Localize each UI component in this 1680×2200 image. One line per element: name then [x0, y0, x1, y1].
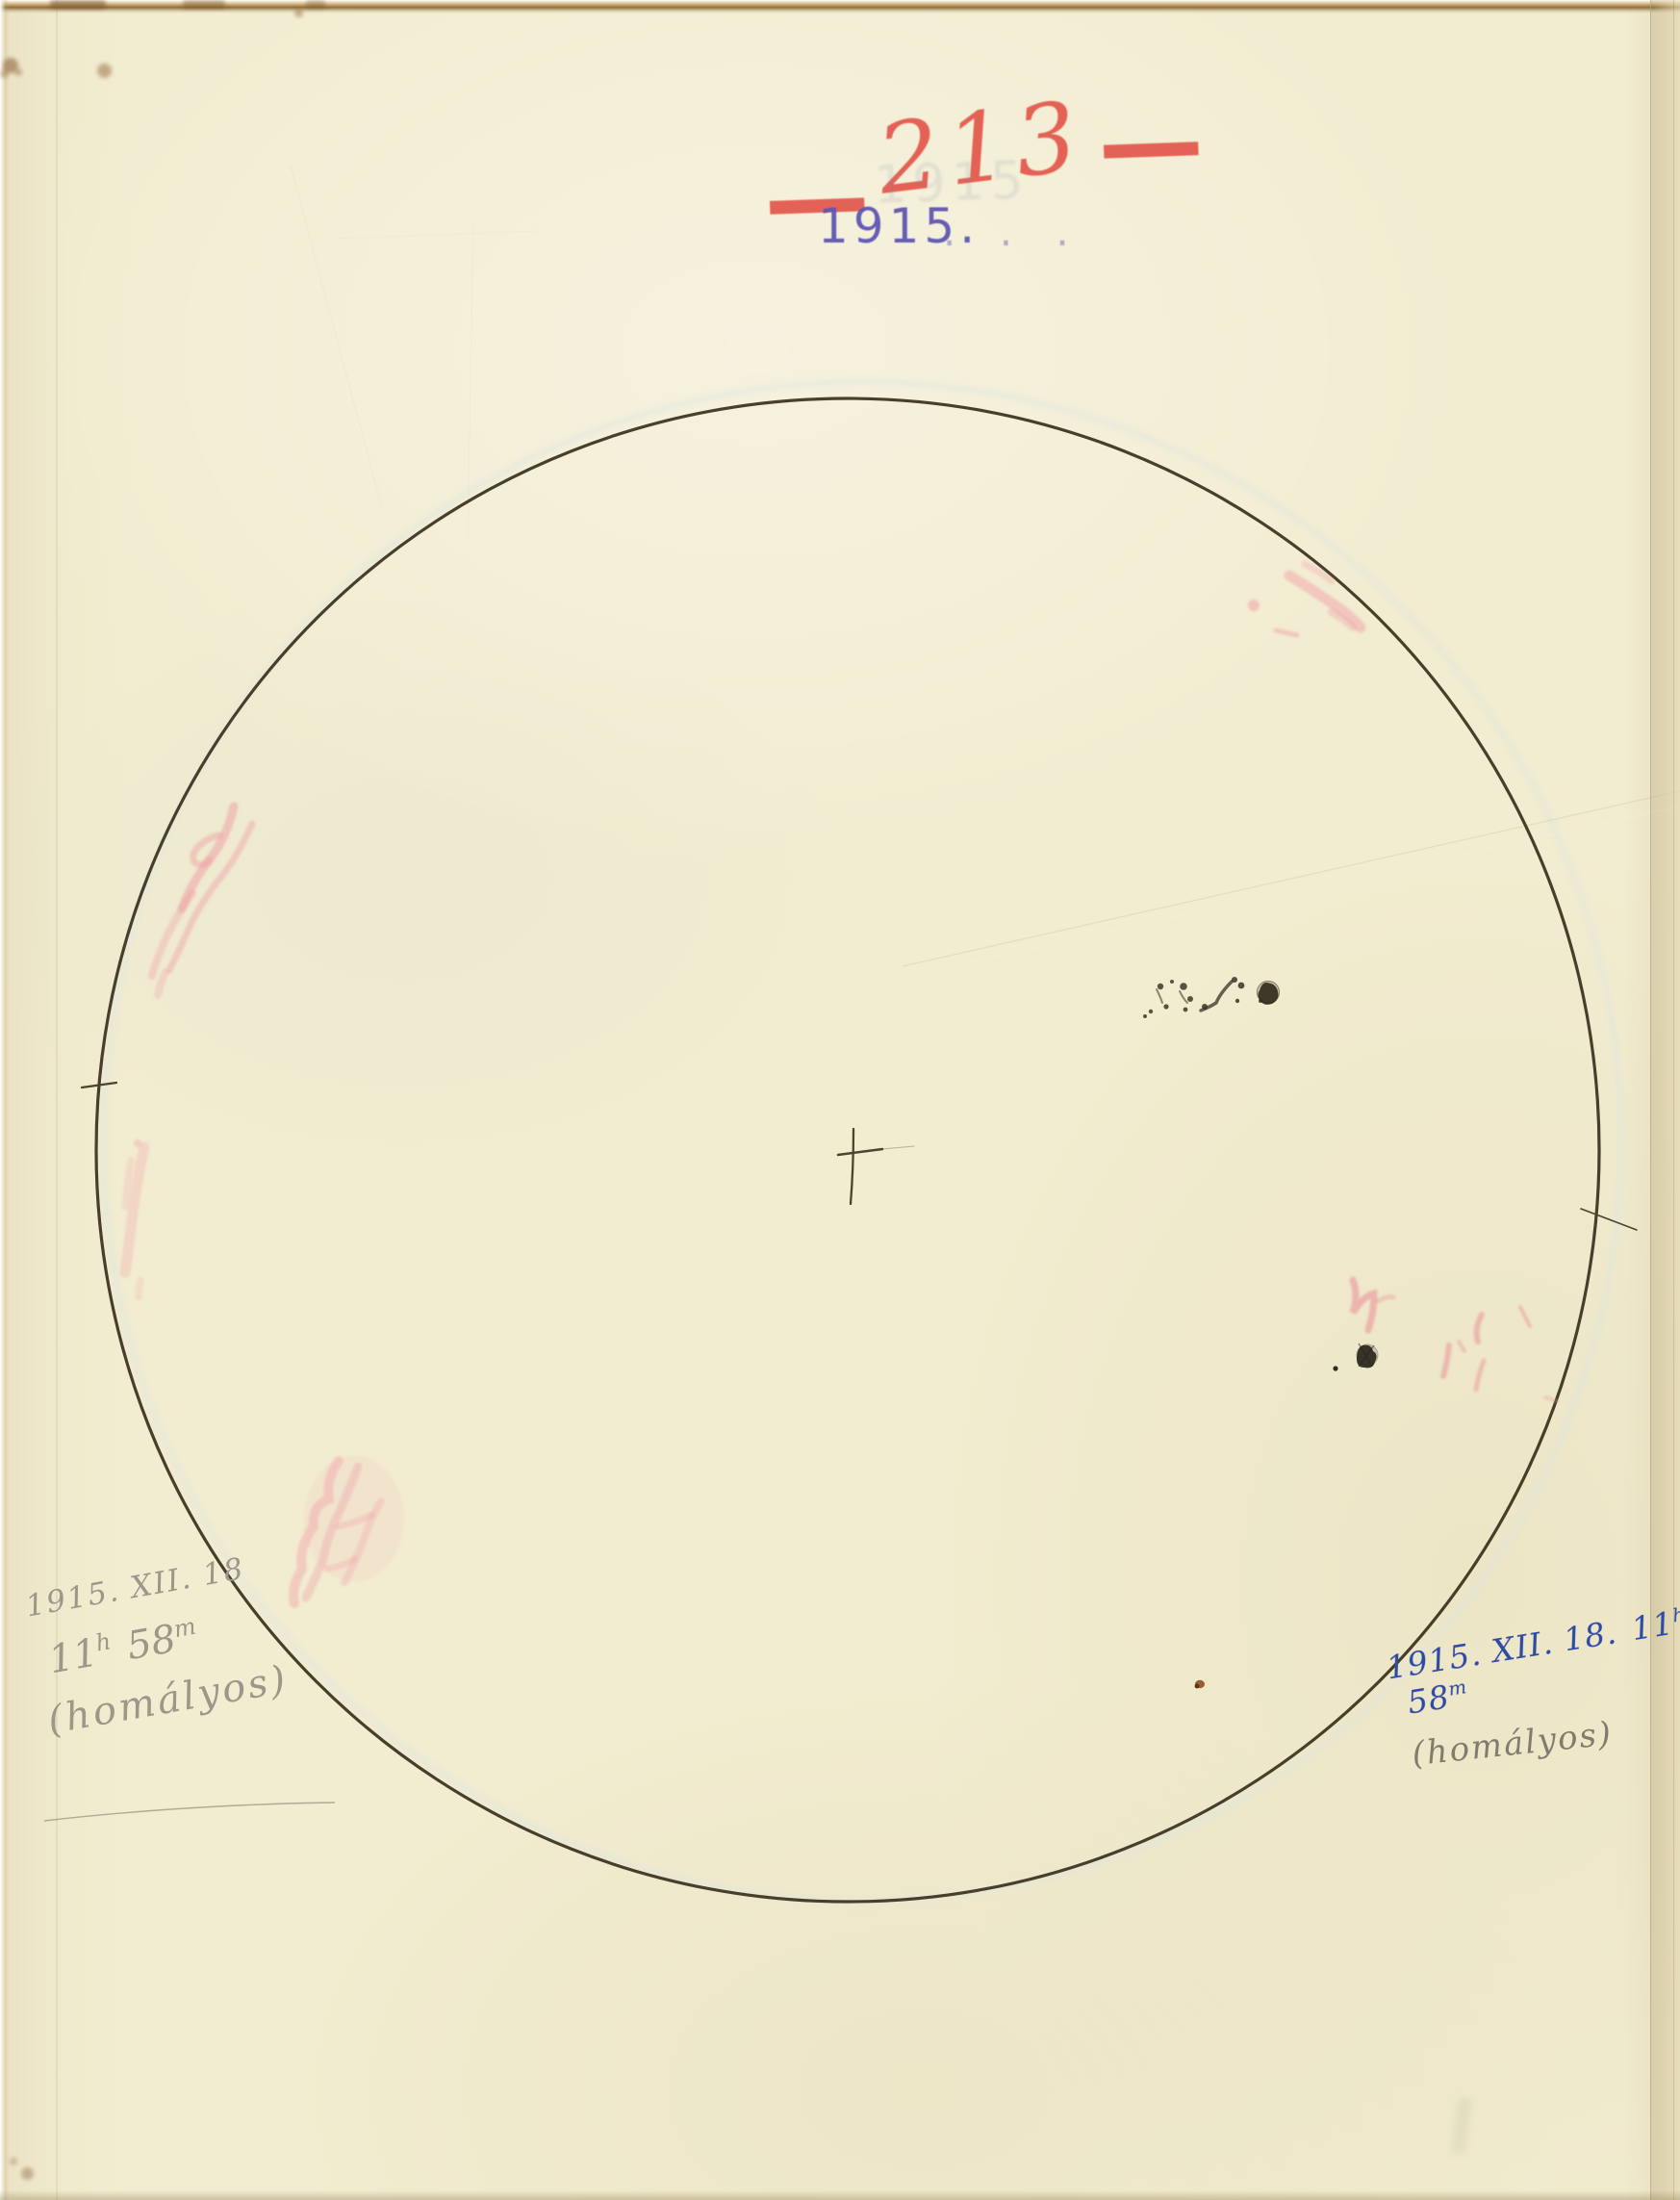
page-left-edge [0, 0, 10, 2200]
page-right-edge [1650, 0, 1680, 2200]
foxing-spot [21, 2167, 34, 2180]
limb-tick-right [1581, 1209, 1637, 1230]
edge-stain [183, 0, 225, 9]
sunspot-lower-right [1333, 1343, 1378, 1371]
foxing-spot [294, 9, 303, 17]
foxing-spot [10, 2158, 17, 2165]
foxing-spot [14, 68, 22, 76]
page-number-right-dash: — [1098, 141, 1204, 144]
binding-crease [56, 0, 58, 2200]
scanned-notebook-page: — 213 — 1915 1915. · · · 1915. XII. 18 1… [0, 0, 1680, 2200]
annotation-underline [44, 1803, 335, 1821]
sunspot-group-upper [1143, 977, 1280, 1018]
stamp-dots: · · · [943, 219, 1084, 267]
crayon-mark-right-mid [1353, 1280, 1557, 1401]
minutes-unit: m [1447, 1676, 1468, 1701]
edge-stain [306, 0, 325, 9]
minutes: 58 [123, 1617, 179, 1669]
page-top-edge [0, 0, 1680, 13]
ink-speck [1195, 1680, 1205, 1689]
minutes: 58 [1405, 1677, 1453, 1721]
hours: 11 [45, 1630, 101, 1682]
crayon-mark-upper-right [1248, 564, 1361, 635]
solar-disk-drawing [0, 0, 1680, 2200]
foxing-spot [0, 69, 9, 78]
minutes-unit: m [171, 1613, 197, 1644]
page-bottom-edge [0, 2190, 1680, 2200]
paper-creases [291, 166, 1680, 972]
foxing-spot [97, 64, 112, 78]
crayon-mark-left-limb [125, 1139, 144, 1297]
page-edge-line [1673, 0, 1674, 2200]
hours: 11 [1629, 1604, 1677, 1648]
disk-center-cross [838, 1129, 914, 1204]
edge-stain [50, 0, 106, 9]
sunspot-dot [1333, 1366, 1337, 1370]
